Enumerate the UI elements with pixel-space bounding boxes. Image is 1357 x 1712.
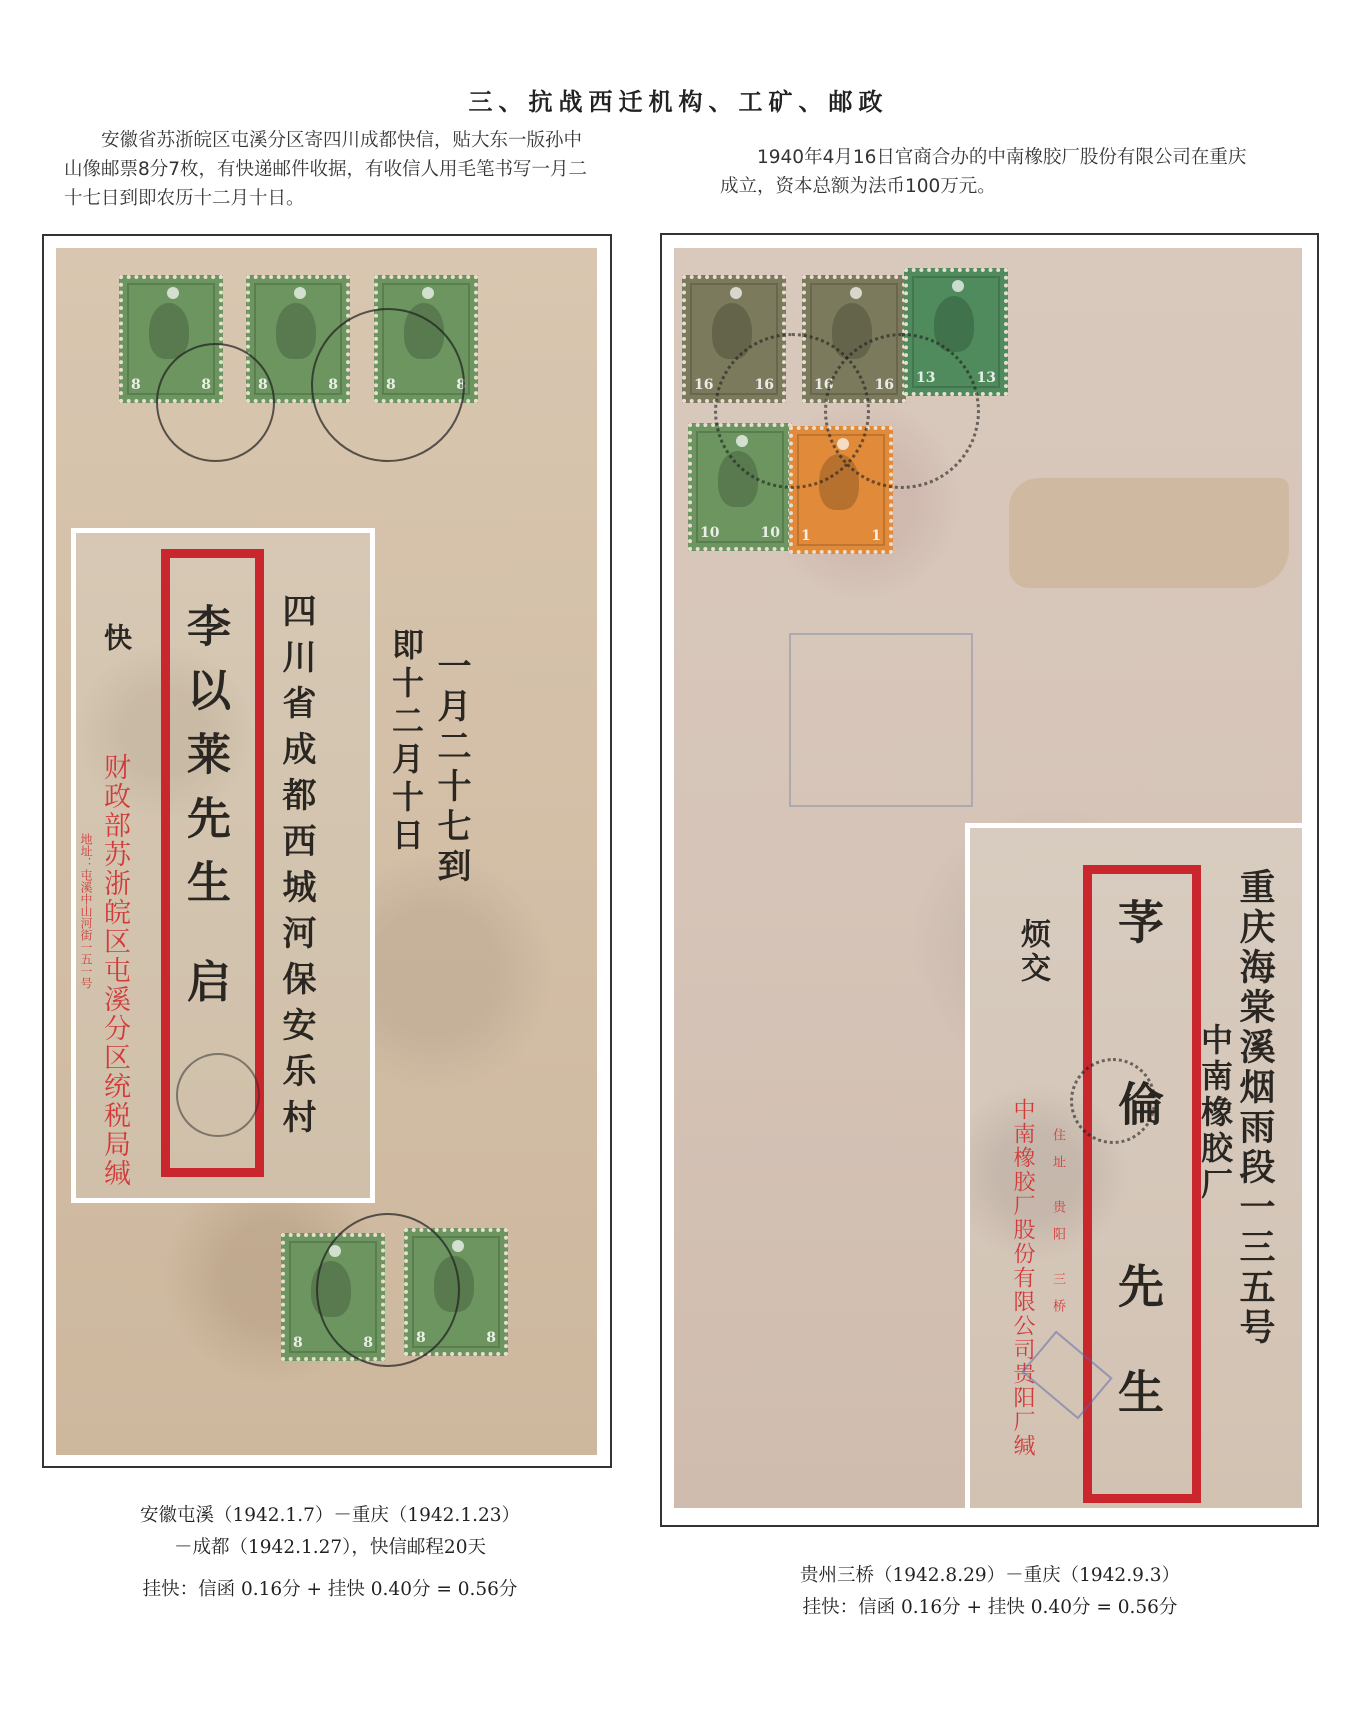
right-intro-text: 1940年4月16日官商合办的中南橡胶厂股份有限公司在重庆成立，资本总额为法币1… <box>720 143 1260 201</box>
printed-sender: 中南橡胶厂股份有限公司贵阳厂缄 <box>1008 1098 1036 1458</box>
addressee: 芧 倫 先生 <box>1108 898 1168 1474</box>
left-envelope-image: 88 88 88 一月二十七到 即十二月十日 李以莱先生 启 四川省成都西城河保… <box>56 248 597 1455</box>
right-caption-route: 贵州三桥（1942.8.29）－重庆（1942.9.3） <box>700 1560 1280 1592</box>
postmark <box>176 1053 260 1137</box>
paper-residue <box>1009 478 1289 588</box>
left-caption-route-1: 安徽屯溪（1942.1.7）－重庆（1942.1.23） <box>60 1500 600 1532</box>
left-exhibit-frame: 88 88 88 一月二十七到 即十二月十日 李以莱先生 启 四川省成都西城河保… <box>42 234 612 1468</box>
addressee: 李以莱先生 启 <box>174 603 234 1022</box>
company-name: 中南橡胶厂 <box>1195 1023 1235 1203</box>
left-intro-text: 安徽省苏浙皖区屯溪分区寄四川成都快信，贴大东一版孙中山像邮票8分7枚，有快递邮件… <box>64 126 594 213</box>
arrival-note-2: 即十二月十日 <box>386 628 426 856</box>
left-caption-fee: 挂快：信函 0.16分 + 挂快 0.40分 = 0.56分 <box>60 1574 600 1606</box>
postmark <box>824 333 980 489</box>
left-inset-envelope: 李以莱先生 启 四川省成都西城河保安乐村 快 财政部苏浙皖区屯溪分区统税局缄 地… <box>71 528 375 1203</box>
postmark <box>1070 1058 1156 1144</box>
left-caption-route-2: －成都（1942.1.27），快信邮程20天 <box>60 1532 600 1564</box>
right-inset-envelope: 芧 倫 先生 重庆海棠溪烟雨段一三五号 中南橡胶厂 烦交 中南橡胶厂股份有限公司… <box>965 823 1302 1508</box>
faded-blue-cachet <box>789 633 973 807</box>
arrival-note-1: 一月二十七到 <box>431 648 471 888</box>
printed-sender-address: 住址 贵阳 三桥 <box>1048 1128 1067 1326</box>
address: 四川省成都西城河保安乐村 <box>274 593 318 1145</box>
express-mark: 快 <box>96 623 136 651</box>
left-caption: 安徽屯溪（1942.1.7）－重庆（1942.1.23） －成都（1942.1.… <box>60 1500 600 1606</box>
postmark <box>311 308 465 462</box>
postmark <box>316 1213 460 1367</box>
right-caption-fee: 挂快：信函 0.16分 + 挂快 0.40分 = 0.56分 <box>700 1592 1280 1624</box>
postmark <box>156 343 275 462</box>
right-caption: 贵州三桥（1942.8.29）－重庆（1942.9.3） 挂快：信函 0.16分… <box>700 1560 1280 1624</box>
address: 重庆海棠溪烟雨段一三五号 <box>1232 868 1278 1348</box>
printed-sender-address: 地址：屯溪中山河街一五一号 <box>78 833 95 989</box>
page-title: 三、抗战西迁机构、工矿、邮政 <box>0 82 1357 117</box>
printed-sender: 财政部苏浙皖区屯溪分区统税局缄 <box>98 753 130 1188</box>
right-exhibit-frame: 1616 1616 1313 1010 11 芧 倫 先生 重庆海棠溪烟雨段一三… <box>660 233 1319 1527</box>
right-envelope-image: 1616 1616 1313 1010 11 芧 倫 先生 重庆海棠溪烟雨段一三… <box>674 248 1302 1508</box>
forwarding-note: 烦交 <box>1010 918 1054 986</box>
